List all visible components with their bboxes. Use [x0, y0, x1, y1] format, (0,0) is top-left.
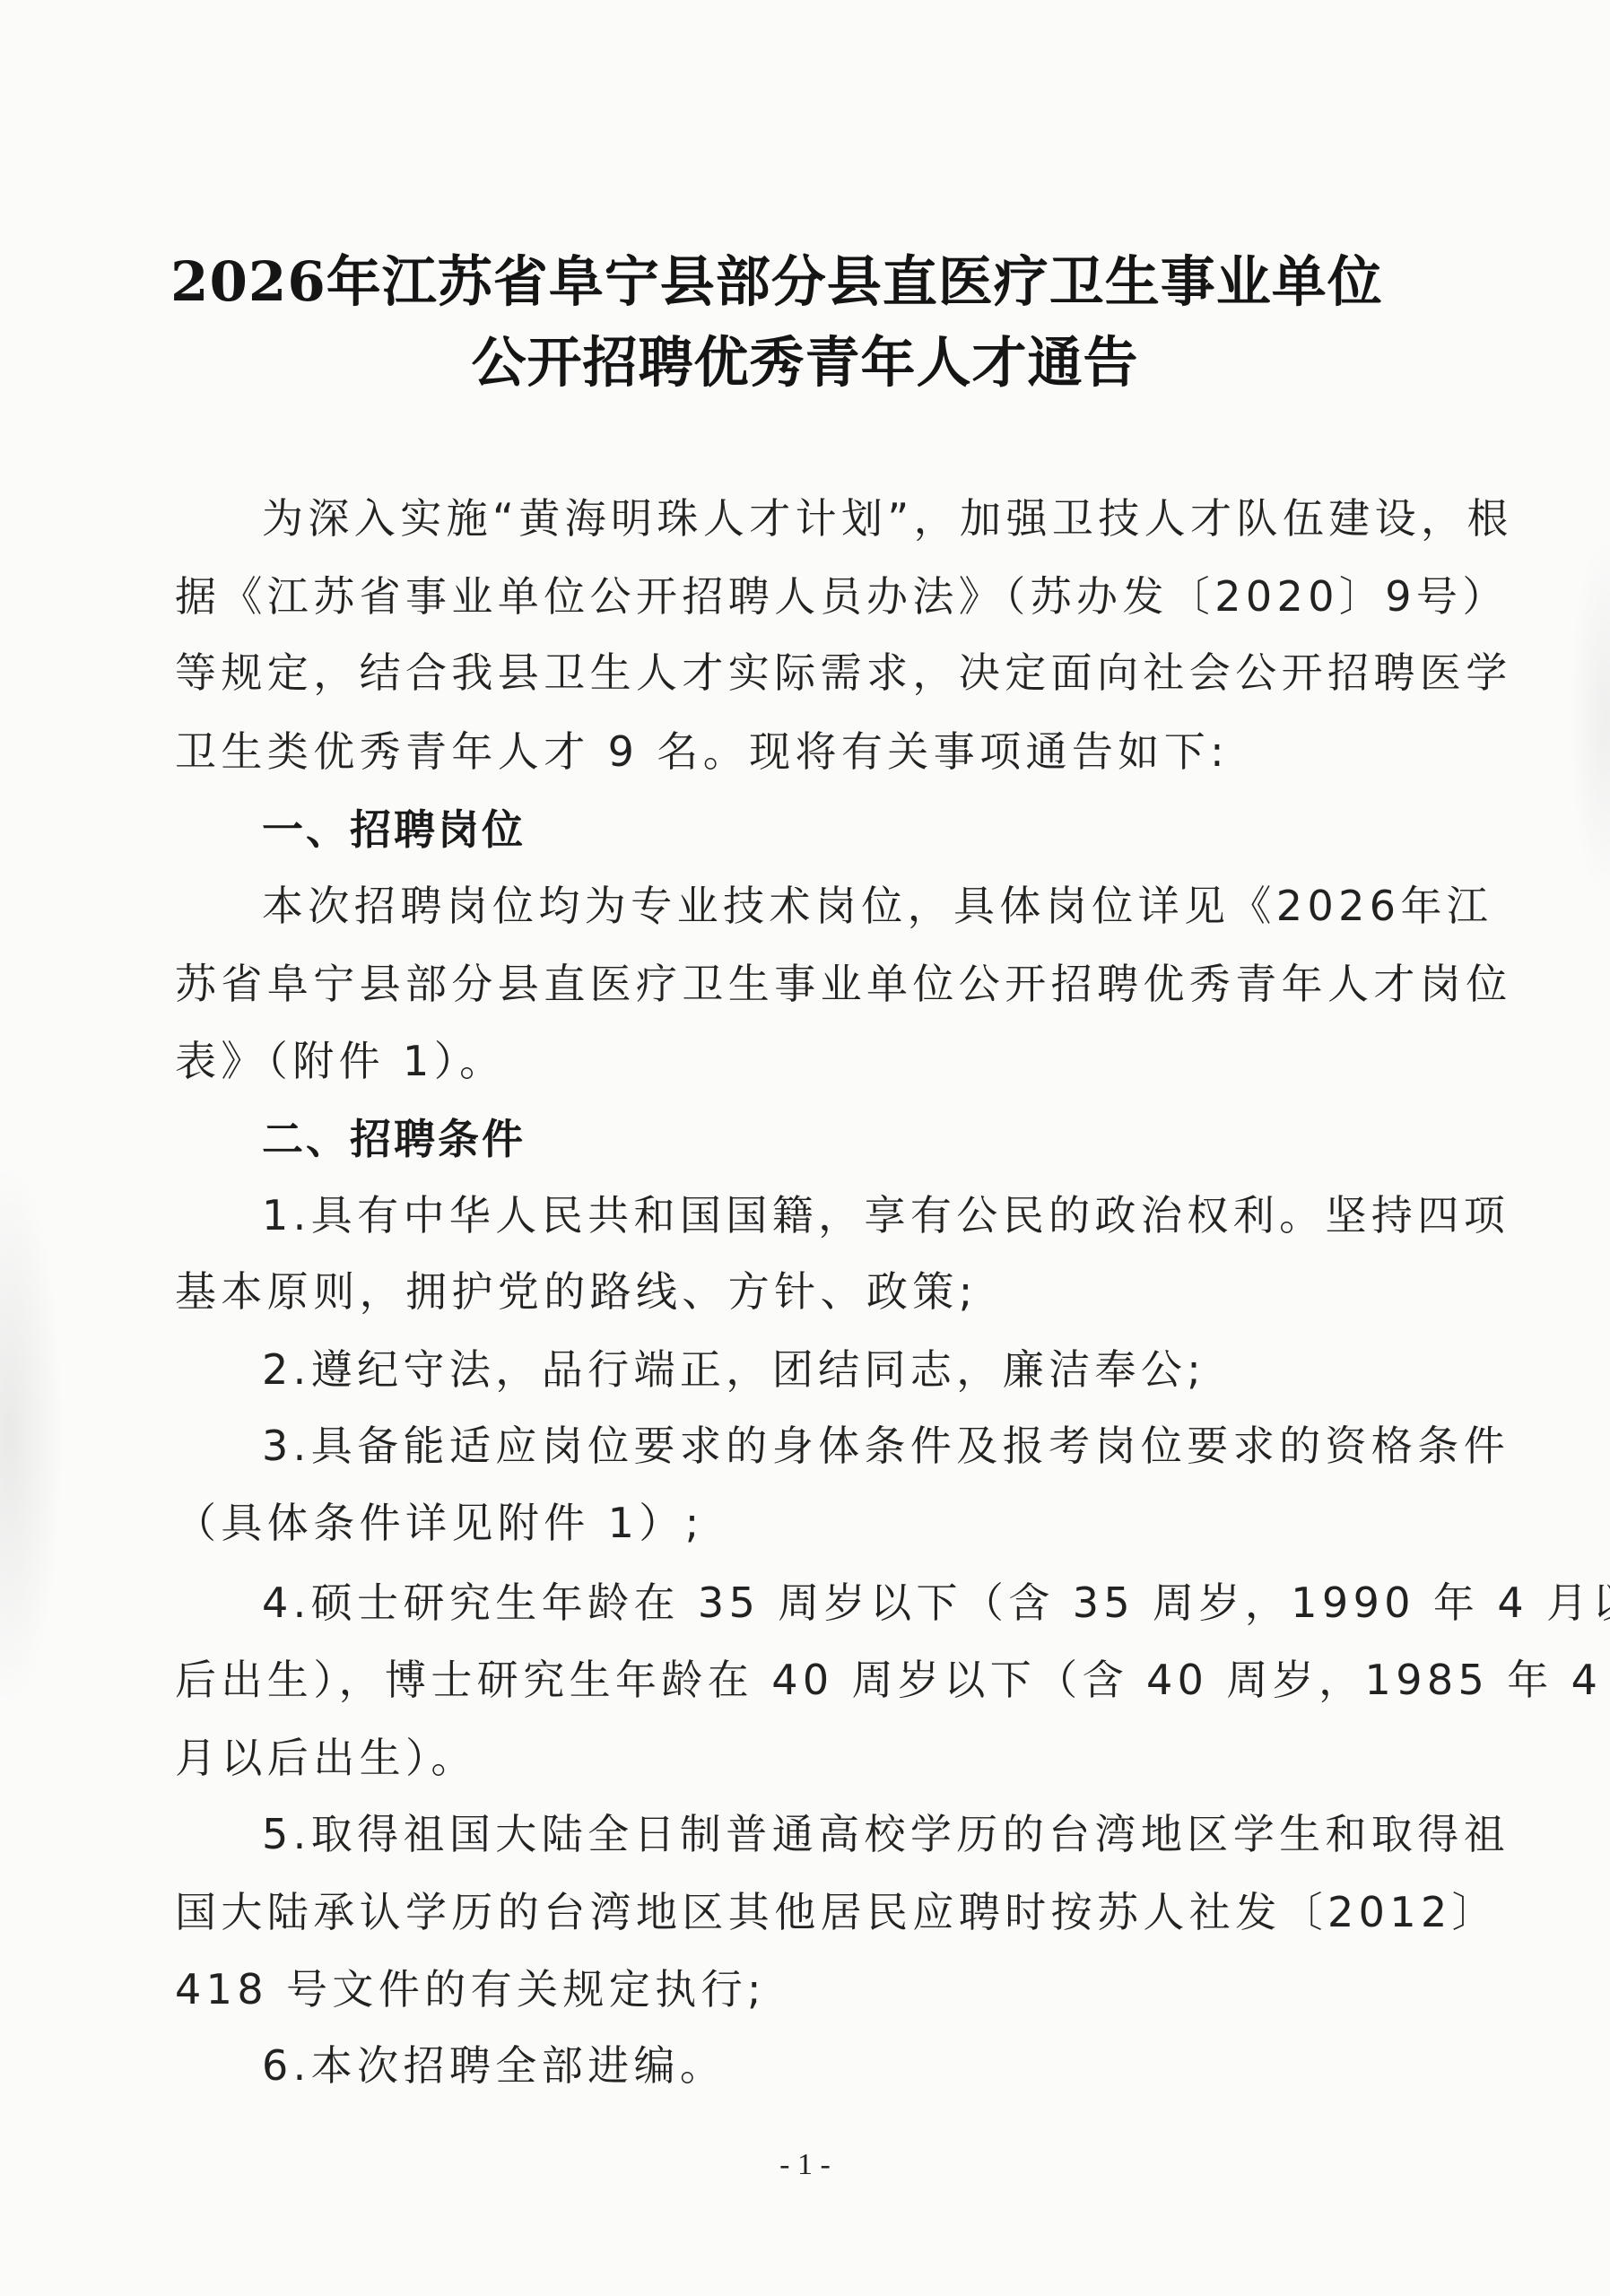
title-line-2: 公开招聘优秀青年人才通告: [0, 323, 1610, 404]
intro-line: 为深入实施“黄海明珠人才计划”，加强卫技人才队伍建设，根: [262, 491, 1458, 545]
condition-line: 4.硕士研究生年龄在 35 周岁以下（含 35 周岁，1990 年 4 月以: [262, 1576, 1458, 1630]
condition-line: 2.遵纪守法，品行端正，团结同志，廉洁奉公;: [262, 1343, 1458, 1396]
section-heading-conditions: 二、招聘条件: [262, 1112, 526, 1166]
condition-line: 418 号文件的有关规定执行;: [175, 1962, 1458, 2016]
intro-line: 等规定，结合我县卫生人才实际需求，决定面向社会公开招聘医学: [175, 646, 1458, 700]
condition-line: 3.具备能适应岗位要求的身体条件及报考岗位要求的资格条件: [262, 1419, 1458, 1473]
condition-line: 后出生），博士研究生年龄在 40 周岁以下（含 40 周岁，1985 年 4: [175, 1653, 1458, 1707]
intro-line: 据《江苏省事业单位公开招聘人员办法》（苏办发〔2020〕9号）: [175, 570, 1458, 623]
section-heading-positions: 一、招聘岗位: [262, 803, 526, 857]
condition-line: 月以后出生）。: [175, 1731, 1458, 1785]
title-line-1: 2026年江苏省阜宁县部分县直医疗卫生事业单位: [170, 242, 1399, 323]
section1-line: 表》（附件 1）。: [175, 1034, 1458, 1088]
page-number: - 1 -: [0, 2148, 1610, 2182]
condition-line: 1.具有中华人民共和国国籍，享有公民的政治权利。坚持四项: [262, 1188, 1458, 1242]
condition-line: 5.取得祖国大陆全日制普通高校学历的台湾地区学生和取得祖: [262, 1807, 1458, 1861]
condition-line: 国大陆承认学历的台湾地区其他居民应聘时按苏人社发〔2012〕: [175, 1885, 1458, 1939]
condition-line: 基本原则，拥护党的路线、方针、政策;: [175, 1265, 1458, 1318]
section1-line: 本次招聘岗位均为专业技术岗位，具体岗位详见《2026年江: [262, 879, 1458, 933]
document-page: 2026年江苏省阜宁县部分县直医疗卫生事业单位 公开招聘优秀青年人才通告 为深入…: [0, 0, 1610, 2296]
section1-line: 苏省阜宁县部分县直医疗卫生事业单位公开招聘优秀青年人才岗位: [175, 957, 1458, 1011]
condition-line: （具体条件详见附件 1）;: [175, 1496, 1458, 1550]
intro-line: 卫生类优秀青年人才 9 名。现将有关事项通告如下:: [175, 725, 1458, 778]
condition-line: 6.本次招聘全部进编。: [262, 2039, 1458, 2092]
